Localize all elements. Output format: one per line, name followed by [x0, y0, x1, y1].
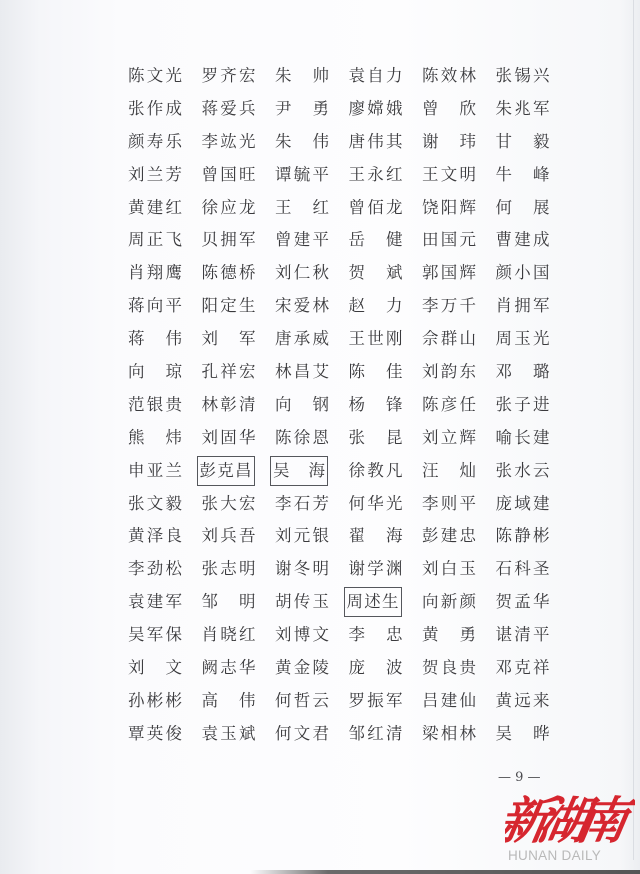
name-entry: 朱伟: [275, 130, 349, 154]
name-text: 袁自力: [349, 64, 403, 88]
name-entry: 曹建成: [496, 228, 570, 252]
watermark-subtitle: HUNAN DAILY: [508, 848, 601, 863]
name-text: 张子进: [496, 393, 550, 417]
name-entry: 蒋伟: [128, 327, 202, 351]
name-entry: 刘兵吾: [202, 524, 276, 548]
name-text: 申亚兰: [128, 459, 182, 483]
name-entry: 蒋爱兵: [202, 97, 276, 121]
name-entry: 邹红清: [349, 722, 423, 746]
name-text: 杨锋: [349, 393, 403, 417]
name-text: 黄勇: [422, 623, 476, 647]
name-text: 曾欣: [422, 97, 476, 121]
name-text: 周玉光: [496, 327, 550, 351]
name-text: 周述生: [347, 590, 399, 614]
name-text: 刘文: [128, 656, 182, 680]
name-entry: 张大宏: [202, 492, 276, 516]
name-text: 蒋伟: [128, 327, 182, 351]
name-entry: 庞域建: [496, 492, 570, 516]
name-text: 向新颜: [422, 590, 476, 614]
name-entry: 刘白玉: [422, 557, 496, 581]
name-entry: 林彰清: [202, 393, 276, 417]
name-entry: 何华光: [349, 492, 423, 516]
name-entry: 王红: [275, 196, 349, 220]
name-text: 王红: [275, 196, 329, 220]
name-text: 张作成: [128, 97, 182, 121]
name-entry: 陈静彬: [496, 524, 570, 548]
name-entry: 邹明: [202, 590, 276, 614]
name-entry: 刘兰芳: [128, 163, 202, 187]
name-entry: 刘博文: [275, 623, 349, 647]
name-text: 刘仁秋: [275, 261, 329, 285]
name-text: 李万千: [422, 294, 476, 318]
name-text: 刘韵东: [422, 360, 476, 384]
name-entry: 向新颜: [422, 590, 496, 614]
name-entry: 吴晔: [496, 722, 570, 746]
name-text: 林彰清: [202, 393, 256, 417]
name-text: 陈文光: [128, 64, 182, 88]
name-text: 曾佰龙: [349, 196, 403, 220]
name-text: 胡传玉: [275, 590, 329, 614]
name-entry: 张作成: [128, 97, 202, 121]
name-text: 吴海: [273, 459, 325, 483]
page-edge: [633, 0, 634, 860]
name-text: 吴晔: [496, 722, 550, 746]
name-entry: 周玉光: [496, 327, 570, 351]
name-entry: 袁玉斌: [202, 722, 276, 746]
name-text: 陈徐恩: [275, 426, 329, 450]
name-text: 刘博文: [275, 623, 329, 647]
name-text: 张锡兴: [496, 64, 550, 88]
name-text: 庞域建: [496, 492, 550, 516]
name-text: 谌清平: [496, 623, 550, 647]
name-text: 刘立辉: [422, 426, 476, 450]
name-text: 郭国辉: [422, 261, 476, 285]
name-entry: 肖晓红: [202, 623, 276, 647]
name-entry: 向钢: [275, 393, 349, 417]
name-text: 曹建成: [496, 228, 550, 252]
name-text: 谭毓平: [275, 163, 329, 187]
name-text: 宋爱林: [275, 294, 329, 318]
name-text: 何文君: [275, 722, 329, 746]
name-entry: 翟海: [349, 524, 423, 548]
name-entry: 徐应龙: [202, 196, 276, 220]
name-entry: 廖嫦娥: [349, 97, 423, 121]
name-entry: 甘毅: [496, 130, 570, 154]
name-entry: 何文君: [275, 722, 349, 746]
name-entry: 邓璐: [496, 360, 570, 384]
name-text: 李劲松: [128, 557, 182, 581]
name-text: 黄建红: [128, 196, 182, 220]
name-entry: 贺孟华: [496, 590, 570, 614]
name-entry: 王永红: [349, 163, 423, 187]
name-text: 向钢: [275, 393, 329, 417]
name-entry: 罗振军: [349, 689, 423, 713]
name-text: 谢冬明: [275, 557, 329, 581]
name-text: 刘兵吾: [202, 524, 256, 548]
name-text: 李则平: [422, 492, 476, 516]
name-entry: 汪灿: [422, 459, 496, 483]
name-entry: 田国元: [422, 228, 496, 252]
name-text: 邹明: [202, 590, 256, 614]
name-entry: 贺良贵: [422, 656, 496, 680]
name-entry: 孔祥宏: [202, 360, 276, 384]
name-text: 阳定生: [202, 294, 256, 318]
name-text: 周正飞: [128, 228, 182, 252]
name-entry: 吴军保: [128, 623, 202, 647]
name-entry: 黄远来: [496, 689, 570, 713]
name-entry: 陈徐恩: [275, 426, 349, 450]
name-text: 向琼: [128, 360, 182, 384]
name-text: 刘固华: [202, 426, 256, 450]
name-entry: 谌清平: [496, 623, 570, 647]
name-text: 贺孟华: [496, 590, 550, 614]
name-text: 邓克祥: [496, 656, 550, 680]
name-entry: 蒋向平: [128, 294, 202, 318]
name-entry: 唐伟其: [349, 130, 423, 154]
name-entry: 孙彬彬: [128, 689, 202, 713]
name-text: 牛峰: [496, 163, 550, 187]
name-text: 何哲云: [275, 689, 329, 713]
name-entry: 陈文光: [128, 64, 202, 88]
name-entry: 覃英俊: [128, 722, 202, 746]
name-entry: 袁建军: [128, 590, 202, 614]
name-text: 张昆: [349, 426, 403, 450]
name-entry: 曾佰龙: [349, 196, 423, 220]
name-text: 黄远来: [496, 689, 550, 713]
name-text: 王永红: [349, 163, 403, 187]
name-text: 邓璐: [496, 360, 550, 384]
name-text: 谢学渊: [349, 557, 403, 581]
name-text: 罗齐宏: [202, 64, 256, 88]
name-text: 阙志华: [202, 656, 256, 680]
name-entry: 饶阳辉: [422, 196, 496, 220]
name-text: 刘兰芳: [128, 163, 182, 187]
name-entry: 赵力: [349, 294, 423, 318]
name-text: 陈德桥: [202, 261, 256, 285]
name-text: 佘群山: [422, 327, 476, 351]
name-entry: 喻长建: [496, 426, 570, 450]
name-entry: 岳健: [349, 228, 423, 252]
name-entry: 张志明: [202, 557, 276, 581]
name-entry: 李竑光: [202, 130, 276, 154]
name-entry: 宋爱林: [275, 294, 349, 318]
name-text: 饶阳辉: [422, 196, 476, 220]
name-entry: 林昌艾: [275, 360, 349, 384]
name-entry: 朱兆军: [496, 97, 570, 121]
name-text: 李竑光: [202, 130, 256, 154]
name-entry: 陈效林: [422, 64, 496, 88]
name-text: 王文明: [422, 163, 476, 187]
name-text: 尹勇: [275, 97, 329, 121]
name-text: 赵力: [349, 294, 403, 318]
name-text: 颜小国: [496, 261, 550, 285]
hunan-daily-logo-icon: 新湖南: [505, 788, 635, 846]
name-text: 肖翔鹰: [128, 261, 182, 285]
name-entry: 佘群山: [422, 327, 496, 351]
page-number: — 9 —: [498, 770, 541, 785]
name-entry: 朱帅: [275, 64, 349, 88]
name-entry: 张昆: [349, 426, 423, 450]
name-text: 廖嫦娥: [349, 97, 403, 121]
name-entry: 陈彦任: [422, 393, 496, 417]
name-text: 朱帅: [275, 64, 329, 88]
name-entry: 郭国辉: [422, 261, 496, 285]
name-entry: 黄金陵: [275, 656, 349, 680]
name-text: 袁玉斌: [202, 722, 256, 746]
name-text: 张水云: [496, 459, 550, 483]
name-text: 田国元: [422, 228, 476, 252]
name-text: 彭建忠: [422, 524, 476, 548]
name-entry: 黄建红: [128, 196, 202, 220]
name-text: 林昌艾: [275, 360, 329, 384]
name-text: 肖晓红: [202, 623, 256, 647]
name-entry: 申亚兰: [128, 459, 202, 483]
name-entry: 何哲云: [275, 689, 349, 713]
name-entry: 袁自力: [349, 64, 423, 88]
name-text: 蒋向平: [128, 294, 182, 318]
name-entry: 熊炜: [128, 426, 202, 450]
name-entry: 尹勇: [275, 97, 349, 121]
name-entry: 王文明: [422, 163, 496, 187]
name-entry: 谭毓平: [275, 163, 349, 187]
name-entry: 谢玮: [422, 130, 496, 154]
name-entry: 张水云: [496, 459, 570, 483]
name-entry: 陈佳: [349, 360, 423, 384]
name-entry: 徐教凡: [349, 459, 423, 483]
name-entry: 范银贵: [128, 393, 202, 417]
watermark-logo-text: 新湖南: [505, 791, 635, 846]
name-entry: 梁相林: [422, 722, 496, 746]
name-entry: 阳定生: [202, 294, 276, 318]
name-entry: 阙志华: [202, 656, 276, 680]
name-entry: 刘立辉: [422, 426, 496, 450]
name-text: 谢玮: [422, 130, 476, 154]
name-entry: 杨锋: [349, 393, 423, 417]
name-text: 孔祥宏: [202, 360, 256, 384]
name-entry: 邓克祥: [496, 656, 570, 680]
name-text: 岳健: [349, 228, 403, 252]
name-entry: 李劲松: [128, 557, 202, 581]
name-entry: 高伟: [202, 689, 276, 713]
name-text: 高伟: [202, 689, 256, 713]
name-entry: 牛峰: [496, 163, 570, 187]
name-entry: 李石芳: [275, 492, 349, 516]
name-entry: 张锡兴: [496, 64, 570, 88]
name-text: 李石芳: [275, 492, 329, 516]
name-entry: 刘文: [128, 656, 202, 680]
name-text: 邹红清: [349, 722, 403, 746]
name-entry: 曾欣: [422, 97, 496, 121]
name-entry: 刘元银: [275, 524, 349, 548]
name-text: 颜寿乐: [128, 130, 182, 154]
name-entry: 贺斌: [349, 261, 423, 285]
name-entry: 彭建忠: [422, 524, 496, 548]
name-text: 刘白玉: [422, 557, 476, 581]
name-text: 袁建军: [128, 590, 182, 614]
name-text: 张大宏: [202, 492, 256, 516]
name-entry: 周述生: [349, 590, 423, 614]
name-entry: 刘韵东: [422, 360, 496, 384]
name-text: 陈彦任: [422, 393, 476, 417]
name-text: 徐应龙: [202, 196, 256, 220]
name-text: 彭克昌: [200, 459, 252, 483]
name-entry: 陈德桥: [202, 261, 276, 285]
name-entry: 颜寿乐: [128, 130, 202, 154]
name-text: 朱兆军: [496, 97, 550, 121]
name-text: 陈佳: [349, 360, 403, 384]
name-entry: 曾国旺: [202, 163, 276, 187]
name-text: 李忠: [349, 623, 403, 647]
name-text: 覃英俊: [128, 722, 182, 746]
photo-bottom-edge: [250, 870, 640, 874]
name-entry: 庞波: [349, 656, 423, 680]
name-text: 吴军保: [128, 623, 182, 647]
name-text: 石科圣: [496, 557, 550, 581]
name-text: 汪灿: [422, 459, 476, 483]
name-text: 张文毅: [128, 492, 182, 516]
name-text: 喻长建: [496, 426, 550, 450]
name-entry: 石科圣: [496, 557, 570, 581]
name-text: 张志明: [202, 557, 256, 581]
name-text: 庞波: [349, 656, 403, 680]
name-entry: 肖翔鹰: [128, 261, 202, 285]
name-entry: 肖拥军: [496, 294, 570, 318]
name-text: 陈效林: [422, 64, 476, 88]
name-entry: 王世刚: [349, 327, 423, 351]
name-text: 曾建平: [275, 228, 329, 252]
name-text: 罗振军: [349, 689, 403, 713]
name-entry: 何展: [496, 196, 570, 220]
name-entry: 贝拥军: [202, 228, 276, 252]
name-text: 甘毅: [496, 130, 550, 154]
name-entry: 张子进: [496, 393, 570, 417]
name-entry: 刘仁秋: [275, 261, 349, 285]
name-entry: 黄泽良: [128, 524, 202, 548]
name-text: 孙彬彬: [128, 689, 182, 713]
name-text: 唐伟其: [349, 130, 403, 154]
name-entry: 谢冬明: [275, 557, 349, 581]
name-entry: 谢学渊: [349, 557, 423, 581]
name-entry: 李则平: [422, 492, 496, 516]
name-entry: 李万千: [422, 294, 496, 318]
name-text: 蒋爱兵: [202, 97, 256, 121]
name-text: 范银贵: [128, 393, 182, 417]
name-entry: 黄勇: [422, 623, 496, 647]
name-entry: 向琼: [128, 360, 202, 384]
name-entry: 颜小国: [496, 261, 570, 285]
name-text: 贝拥军: [202, 228, 256, 252]
name-text: 王世刚: [349, 327, 403, 351]
name-text: 吕建仙: [422, 689, 476, 713]
name-text: 曾国旺: [202, 163, 256, 187]
name-text: 黄泽良: [128, 524, 182, 548]
name-text: 刘军: [202, 327, 256, 351]
name-text: 何华光: [349, 492, 403, 516]
name-text: 贺良贵: [422, 656, 476, 680]
name-text: 唐承威: [275, 327, 329, 351]
name-entry: 罗齐宏: [202, 64, 276, 88]
name-entry: 李忠: [349, 623, 423, 647]
name-text: 朱伟: [275, 130, 329, 154]
name-text: 徐教凡: [349, 459, 403, 483]
name-text: 陈静彬: [496, 524, 550, 548]
name-text: 梁相林: [422, 722, 476, 746]
name-entry: 唐承威: [275, 327, 349, 351]
name-entry: 刘固华: [202, 426, 276, 450]
name-text: 肖拥军: [496, 294, 550, 318]
name-text: 何展: [496, 196, 550, 220]
names-list: 陈文光罗齐宏朱帅袁自力陈效林张锡兴张作成蒋爱兵尹勇廖嫦娥曾欣朱兆军颜寿乐李竑光朱…: [128, 64, 569, 755]
name-entry: 吕建仙: [422, 689, 496, 713]
name-text: 贺斌: [349, 261, 403, 285]
name-entry: 曾建平: [275, 228, 349, 252]
name-entry: 刘军: [202, 327, 276, 351]
name-text: 刘元银: [275, 524, 329, 548]
name-entry: 胡传玉: [275, 590, 349, 614]
name-entry: 张文毅: [128, 492, 202, 516]
name-text: 黄金陵: [275, 656, 329, 680]
name-text: 翟海: [349, 524, 403, 548]
name-entry: 吴海: [275, 459, 349, 483]
name-entry: 彭克昌: [202, 459, 276, 483]
name-text: 熊炜: [128, 426, 182, 450]
name-entry: 周正飞: [128, 228, 202, 252]
